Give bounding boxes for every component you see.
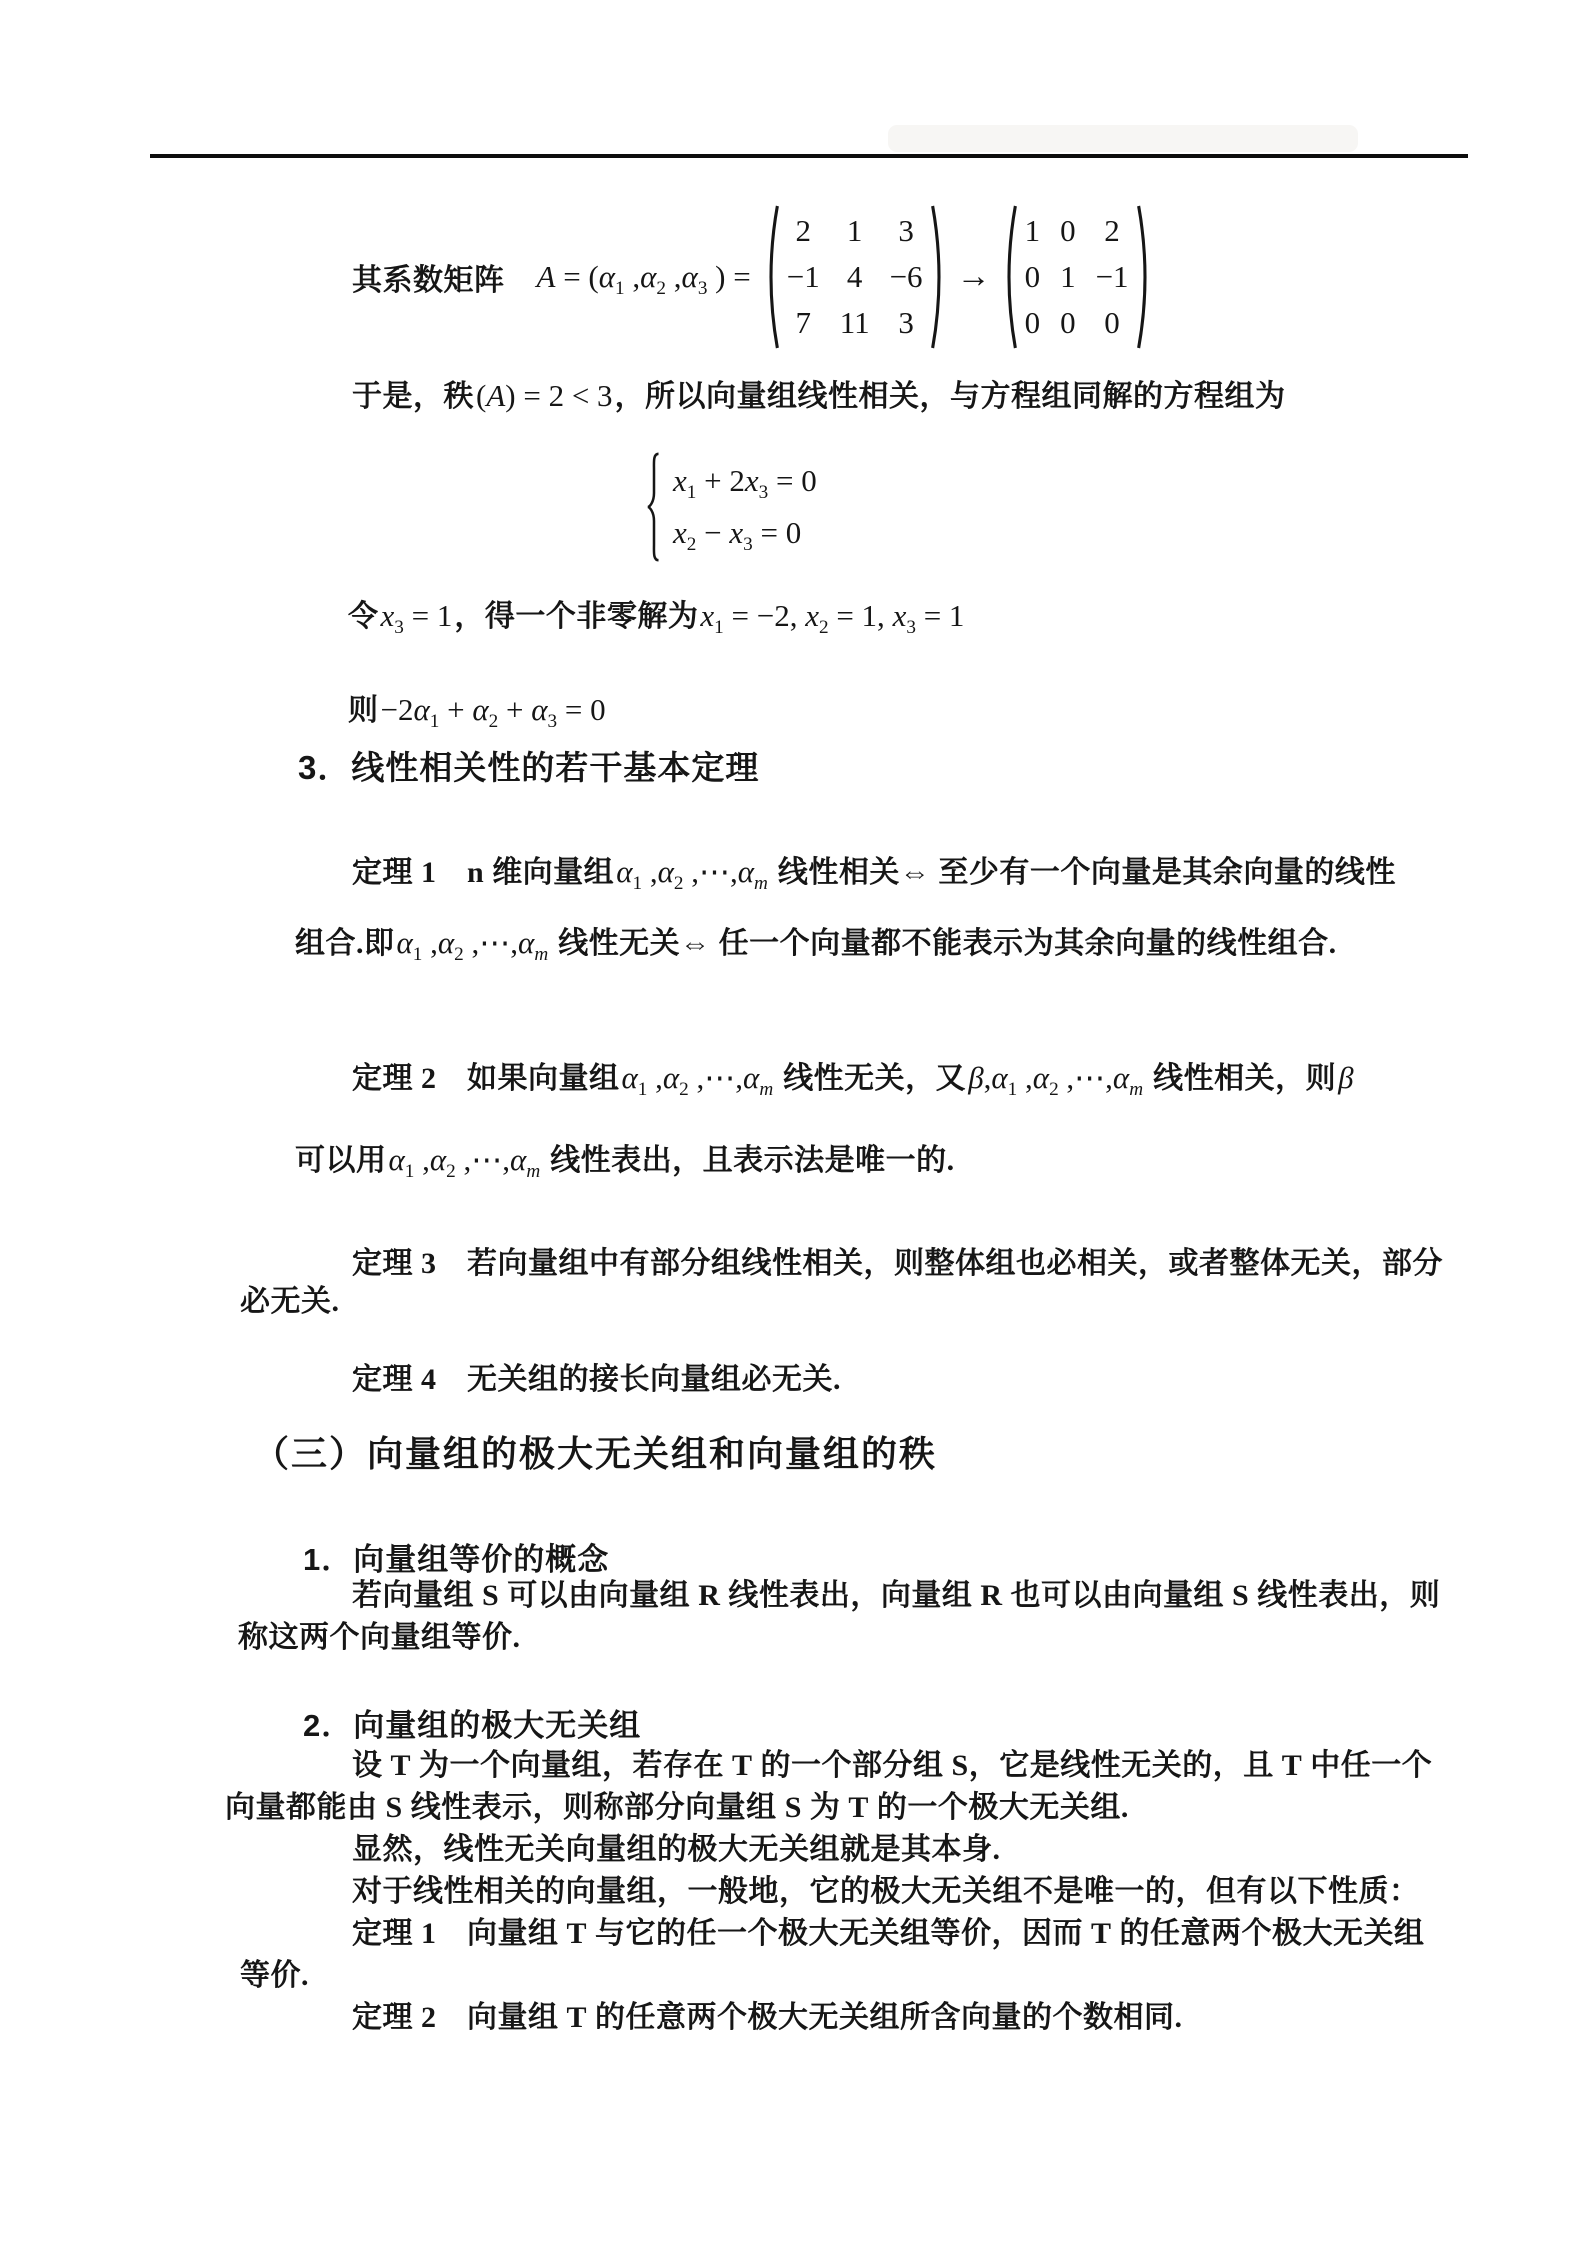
brace-icon <box>645 451 663 563</box>
matrix-original: 2 1 3 −1 4 −6 7 11 3 <box>761 202 949 352</box>
matrix-cell: 0 <box>1025 259 1041 295</box>
equation-1: x1 + 2x3 = 0 <box>671 455 819 507</box>
subsection-1-heading: 1．向量组等价的概念 <box>303 1534 609 1579</box>
theorem-2-line-1: 定理 2 如果向量组α1 ,α2 ,⋯,αm 线性无关，又β,α1 ,α2 ,⋯… <box>352 1058 1356 1098</box>
max-group-theorem-2-line: 定理 2 向量组 T 的任意两个极大无关组所含向量的个数相同. <box>352 1998 1183 2037</box>
header-rule <box>150 154 1468 158</box>
subsection-2-line-1: 设 T 为一个向量组，若存在 T 的一个部分组 S，它是线性无关的，且 T 中任… <box>352 1746 1432 1785</box>
coeff-matrix-label: 其系数矩阵 <box>352 255 505 299</box>
max-group-theorem-1-line-2: 等价. <box>240 1956 309 1995</box>
theorem-3-line-2: 必无关. <box>240 1282 340 1321</box>
matrix-reduced: 1 0 2 0 1 −1 0 0 0 <box>999 202 1155 352</box>
matrix-cell: 1 <box>1060 259 1076 295</box>
matrix-cell: 4 <box>847 259 863 295</box>
subsection-2-line-2: 向量都能由 S 线性表示，则称部分向量组 S 为 T 的一个极大无关组. <box>225 1788 1129 1827</box>
matrix-cell: 2 <box>795 213 811 249</box>
conclusion-line: 则−2α1 + α2 + α3 = 0 <box>348 690 608 730</box>
subsection-1-line-2: 称这两个向量组等价. <box>238 1618 521 1657</box>
rank-statement-line: 于是，秩(A) = 2 < 3，所以向量组线性相关，与方程组同解的方程组为 <box>352 376 1286 416</box>
coeff-matrix-lhs: A = (α1 ,α2 ,α3 ) = <box>535 259 753 295</box>
matrix-cell: 1 <box>1025 213 1041 249</box>
theorem-4-line: 定理 4 无关组的接长向量组必无关. <box>352 1360 841 1399</box>
matrix-cell: 1 <box>847 213 863 249</box>
matrix-cell: −1 <box>787 259 820 295</box>
matrix-cell: 3 <box>898 213 914 249</box>
matrix-cell: 2 <box>1104 213 1120 249</box>
theorem-3-line-1: 定理 3 若向量组中有部分组线性相关，则整体组也必相关，或者整体无关，部分 <box>352 1244 1443 1283</box>
section-3-heading: 3．线性相关性的若干基本定理 <box>298 742 759 789</box>
matrix-cell: 0 <box>1025 305 1041 341</box>
solution-line: 令x3 = 1，得一个非零解为x1 = −2, x2 = 1, x3 = 1 <box>348 596 966 636</box>
left-paren-icon <box>999 202 1019 352</box>
matrix-cell: 0 <box>1060 305 1076 341</box>
equation-system: x1 + 2x3 = 0 x2 − x3 = 0 <box>645 451 819 563</box>
document-page: 其系数矩阵 A = (α1 ,α2 ,α3 ) = 2 1 3 −1 4 −6 … <box>0 0 1587 2245</box>
subsection-2-line-4: 对于线性相关的向量组，一般地，它的极大无关组不是唯一的，但有以下性质： <box>352 1872 1420 1911</box>
equation-lines: x1 + 2x3 = 0 x2 − x3 = 0 <box>671 455 819 559</box>
matrix-cell: −6 <box>890 259 923 295</box>
subsection-2-heading: 2．向量组的极大无关组 <box>303 1700 641 1745</box>
matrix-cell: 7 <box>795 305 811 341</box>
matrix-cell: 0 <box>1104 305 1120 341</box>
matrix-grid: 1 0 2 0 1 −1 0 0 0 <box>1019 213 1135 341</box>
left-paren-icon <box>761 202 781 352</box>
theorem-2-line-2: 可以用α1 ,α2 ,⋯,αm 线性表出，且表示法是唯一的. <box>295 1140 955 1180</box>
max-group-theorem-1-line-1: 定理 1 向量组 T 与它的任一个极大无关组等价，因而 T 的任意两个极大无关组 <box>352 1914 1425 1953</box>
matrix-cell: −1 <box>1096 259 1129 295</box>
matrix-cell: 0 <box>1060 213 1076 249</box>
matrix-grid: 2 1 3 −1 4 −6 7 11 3 <box>781 213 929 341</box>
arrow-icon: → <box>957 258 991 296</box>
theorem-1-line-2: 组合.即α1 ,α2 ,⋯,αm 线性无关⇔ 任一个向量都不能表示为其余向量的线… <box>295 923 1337 963</box>
matrix-cell: 3 <box>898 305 914 341</box>
matrix-cell: 11 <box>840 305 870 341</box>
coefficient-matrix-formula: 其系数矩阵 A = (α1 ,α2 ,α3 ) = 2 1 3 −1 4 −6 … <box>352 197 1155 357</box>
right-paren-icon <box>929 202 949 352</box>
scan-artifact-band <box>888 125 1358 152</box>
subsection-2-line-3: 显然，线性无关向量组的极大无关组就是其本身. <box>352 1830 1001 1869</box>
equation-2: x2 − x3 = 0 <box>671 507 819 559</box>
right-paren-icon <box>1135 202 1155 352</box>
subsection-1-line-1: 若向量组 S 可以由向量组 R 线性表出，向量组 R 也可以由向量组 S 线性表… <box>352 1576 1440 1615</box>
section-c-heading: （三）向量组的极大无关组和向量组的秩 <box>253 1426 937 1477</box>
theorem-1-line-1: 定理 1 n 维向量组α1 ,α2 ,⋯,αm 线性相关⇔ 至少有一个向量是其余… <box>352 852 1396 892</box>
